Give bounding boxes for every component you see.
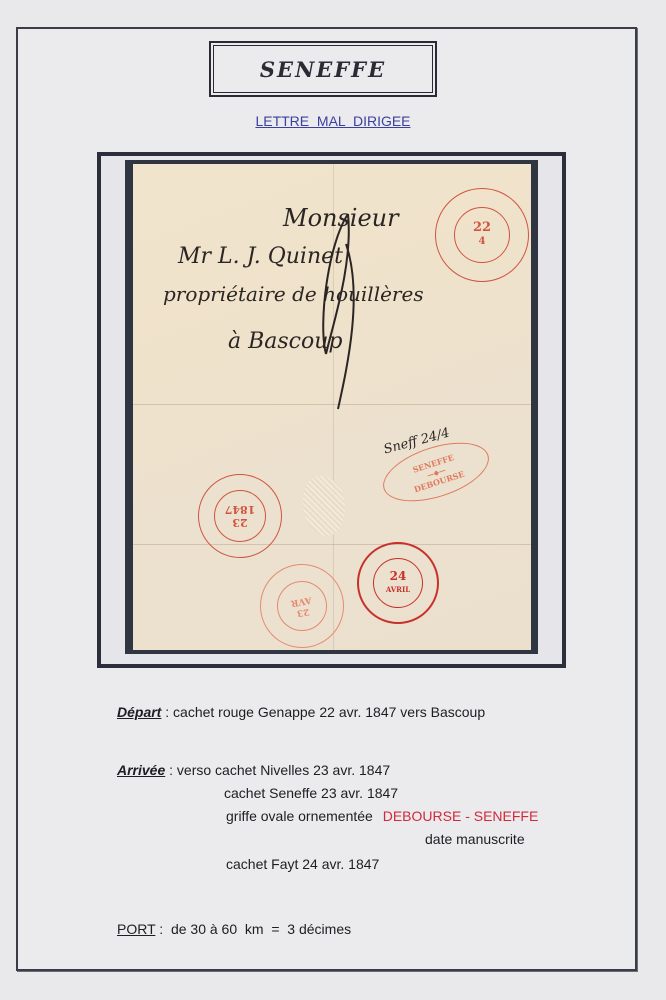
- port-text: : de 30 à 60 km = 3 décimes: [155, 921, 351, 937]
- arrivee-text-3: griffe ovale ornementée: [226, 808, 377, 824]
- depart-label: Départ: [117, 704, 161, 720]
- port-label: PORT: [117, 921, 155, 937]
- fayt-month: AVRIL: [386, 583, 410, 596]
- arrivee-line-1: Arrivée : verso cachet Nivelles 23 avr. …: [117, 762, 390, 778]
- subtitle-text: LETTRE MAL DIRIGEE: [255, 113, 410, 129]
- fayt-postmark: 24 AVRIL: [357, 542, 439, 624]
- tax-mark-stroke: [308, 204, 378, 414]
- seneffe-postmark: 23 AVR: [253, 557, 350, 650]
- page-title: SENEFFE: [260, 57, 386, 82]
- nivelles-day: 23: [225, 516, 256, 529]
- debourse-seneffe-highlight: DEBOURSE - SENEFFE: [383, 808, 539, 824]
- arrivee-label: Arrivée: [117, 762, 165, 778]
- arrivee-line-2: cachet Seneffe 23 avr. 1847: [224, 785, 398, 801]
- fold-line: [133, 544, 531, 545]
- genappe-day: 22: [473, 221, 491, 235]
- arrivee-line-4: date manuscrite: [425, 831, 525, 847]
- nivelles-postmark: 23 1847: [198, 474, 282, 558]
- page-subtitle: LETTRE MAL DIRIGEE: [0, 113, 666, 129]
- arrivee-text-1: : verso cachet Nivelles 23 avr. 1847: [165, 762, 390, 778]
- nivelles-year: 1847: [225, 503, 256, 516]
- depart-line: Départ : cachet rouge Genappe 22 avr. 18…: [117, 704, 485, 720]
- port-line: PORT : de 30 à 60 km = 3 décimes: [117, 921, 351, 937]
- genappe-postmark: 22 4: [435, 188, 529, 282]
- letter-image: Monsieur Mr L. J. Quinet propriétaire de…: [133, 164, 531, 650]
- arrivee-line-3: griffe ovale ornementée DEBOURSE - SENEF…: [226, 808, 538, 824]
- paper-tear: [303, 476, 345, 536]
- genappe-month: 4: [473, 235, 491, 249]
- depart-text: : cachet rouge Genappe 22 avr. 1847 vers…: [161, 704, 485, 720]
- fayt-day: 24: [386, 570, 410, 583]
- title-inner-border: SENEFFE: [213, 45, 433, 93]
- title-box: SENEFFE: [209, 41, 437, 97]
- arrivee-line-5: cachet Fayt 24 avr. 1847: [226, 856, 379, 872]
- address-line-3: propriétaire de houillères: [163, 282, 424, 306]
